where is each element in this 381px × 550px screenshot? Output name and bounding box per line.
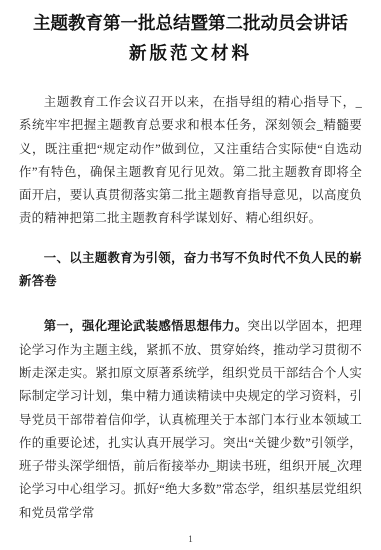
document-title-line2: 新版范文材料: [19, 44, 362, 63]
page-number: 1: [0, 534, 381, 544]
point-one-lead: 第一，强化理论武装感悟思想伟力。: [44, 319, 248, 333]
intro-paragraph: 主题教育工作会议召开以来，在指导组的精心指导下，_系统牢牢把握主题教育总要求和根…: [19, 91, 362, 231]
section-heading: 一、以主题教育为引领，奋力书写不负时代不负人民的崭新答卷: [19, 247, 362, 294]
document-page: 主题教育第一批总结暨第二批动员会讲话 新版范文材料 主题教育工作会议召开以来，在…: [0, 0, 381, 550]
point-one-body: 突出以学固本，把理论学习作为主题主线，紧抓不放、贯穿始终，推动学习贯彻不断走深走…: [19, 319, 362, 519]
point-one-paragraph: 第一，强化理论武装感悟思想伟力。突出以学固本，把理论学习作为主题主线，紧抓不放、…: [19, 315, 362, 525]
document-title-line1: 主题教育第一批总结暨第二批动员会讲话: [19, 14, 362, 33]
